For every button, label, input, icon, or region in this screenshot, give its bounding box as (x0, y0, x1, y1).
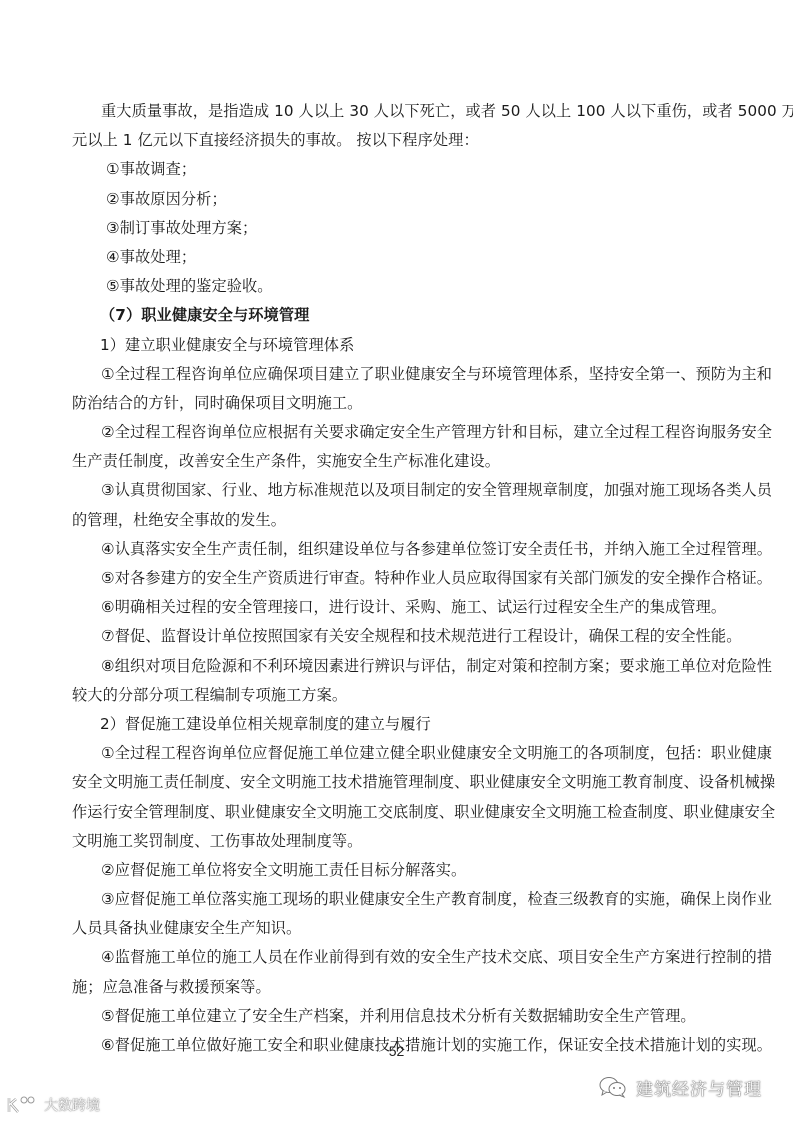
paragraph-line: 安全文明施工责任制度、安全文明施工技术措施管理制度、职业健康安全文明施工教育制度… (72, 768, 718, 797)
paragraph-line: ⑧组织对项目危险源和不利环境因素进行辨识与评估，制定对策和控制方案；要求施工单位… (72, 652, 718, 681)
subsection-heading: 2）督促施工建设单位相关规章制度的建立与履行 (72, 710, 718, 739)
paragraph-line: ⑦督促、监督设计单位按照国家有关安全规程和技术规范进行工程设计，确保工程的安全性… (72, 622, 718, 651)
paragraph-line: 生产责任制度，改善安全生产条件，实施安全生产标准化建设。 (72, 447, 718, 476)
paragraph-line: 重大质量事故，是指造成 10 人以上 30 人以下死亡，或者 50 人以上 10… (72, 97, 718, 126)
paragraph-line: ⑤对各参建方的安全生产资质进行审查。特种作业人员应取得国家有关部门颁发的安全操作… (72, 564, 718, 593)
paragraph-line: ③认真贯彻国家、行业、地方标准规范以及项目制定的安全管理规章制度，加强对施工现场… (72, 476, 718, 505)
list-item: ⑤事故处理的鉴定验收。 (72, 272, 718, 301)
paragraph-line: ②全过程工程咨询单位应根据有关要求确定安全生产管理方针和目标，建立全过程工程咨询… (72, 418, 718, 447)
list-item: ①事故调查； (72, 155, 718, 184)
paragraph-line: ①全过程工程咨询单位应确保项目建立了职业健康安全与环境管理体系，坚持安全第一、预… (72, 360, 718, 389)
subsection-heading: 1）建立职业健康安全与环境管理体系 (72, 331, 718, 360)
section-heading: （7）职业健康安全与环境管理 (72, 301, 718, 330)
paragraph-line: ④监督施工单位的施工人员在作业前得到有效的安全生产技术交底、项目安全生产方案进行… (72, 943, 718, 972)
watermark-brand: 大数跨境 (6, 1092, 100, 1118)
wechat-icon (598, 1075, 628, 1099)
list-item: ④事故处理； (72, 243, 718, 272)
paragraph-line: ②应督促施工单位将安全文明施工责任目标分解落实。 (72, 856, 718, 885)
paragraph-line: ①全过程工程咨询单位应督促施工单位建立健全职业健康安全文明施工的各项制度，包括：… (72, 739, 718, 768)
paragraph-line: 较大的分部分项工程编制专项施工方案。 (72, 681, 718, 710)
paragraph-line: 文明施工奖罚制度、工伤事故处理制度等。 (72, 827, 718, 856)
page-number: 52 (0, 1043, 793, 1059)
list-item: ②事故原因分析； (72, 185, 718, 214)
list-item: ③制订事故处理方案； (72, 214, 718, 243)
paragraph-line: 人员具备执业健康安全生产知识。 (72, 914, 718, 943)
paragraph-line: 施；应急准备与救援预案等。 (72, 973, 718, 1002)
paragraph-line: 防治结合的方针，同时确保项目文明施工。 (72, 389, 718, 418)
paragraph-line: 的管理，杜绝安全事故的发生。 (72, 506, 718, 535)
watermark-account-name: 建筑经济与管理 (636, 1075, 762, 1100)
paragraph-line: ④认真落实安全生产责任制，组织建设单位与各参建单位签订安全责任书，并纳入施工全过… (72, 535, 718, 564)
paragraph-line: 元以上 1 亿元以下直接经济损失的事故。 按以下程序处理： (72, 126, 718, 155)
paragraph-line: ⑥明确相关过程的安全管理接口，进行设计、采购、施工、试运行过程安全生产的集成管理… (72, 593, 718, 622)
paragraph-line: ⑤督促施工单位建立了安全生产档案，并利用信息技术分析有关数据辅助安全生产管理。 (72, 1002, 718, 1031)
watermark-brand-name: 大数跨境 (44, 1095, 100, 1115)
document-page: 重大质量事故，是指造成 10 人以上 30 人以下死亡，或者 50 人以上 10… (72, 97, 718, 1060)
k-logo-icon (6, 1095, 40, 1115)
paragraph-line: ③应督促施工单位落实施工现场的职业健康安全生产教育制度，检查三级教育的实施，确保… (72, 885, 718, 914)
paragraph-line: 作运行安全管理制度、职业健康安全文明施工交底制度、职业健康安全文明施工检查制度、… (72, 798, 718, 827)
watermark-account: 建筑经济与管理 (598, 1072, 762, 1102)
